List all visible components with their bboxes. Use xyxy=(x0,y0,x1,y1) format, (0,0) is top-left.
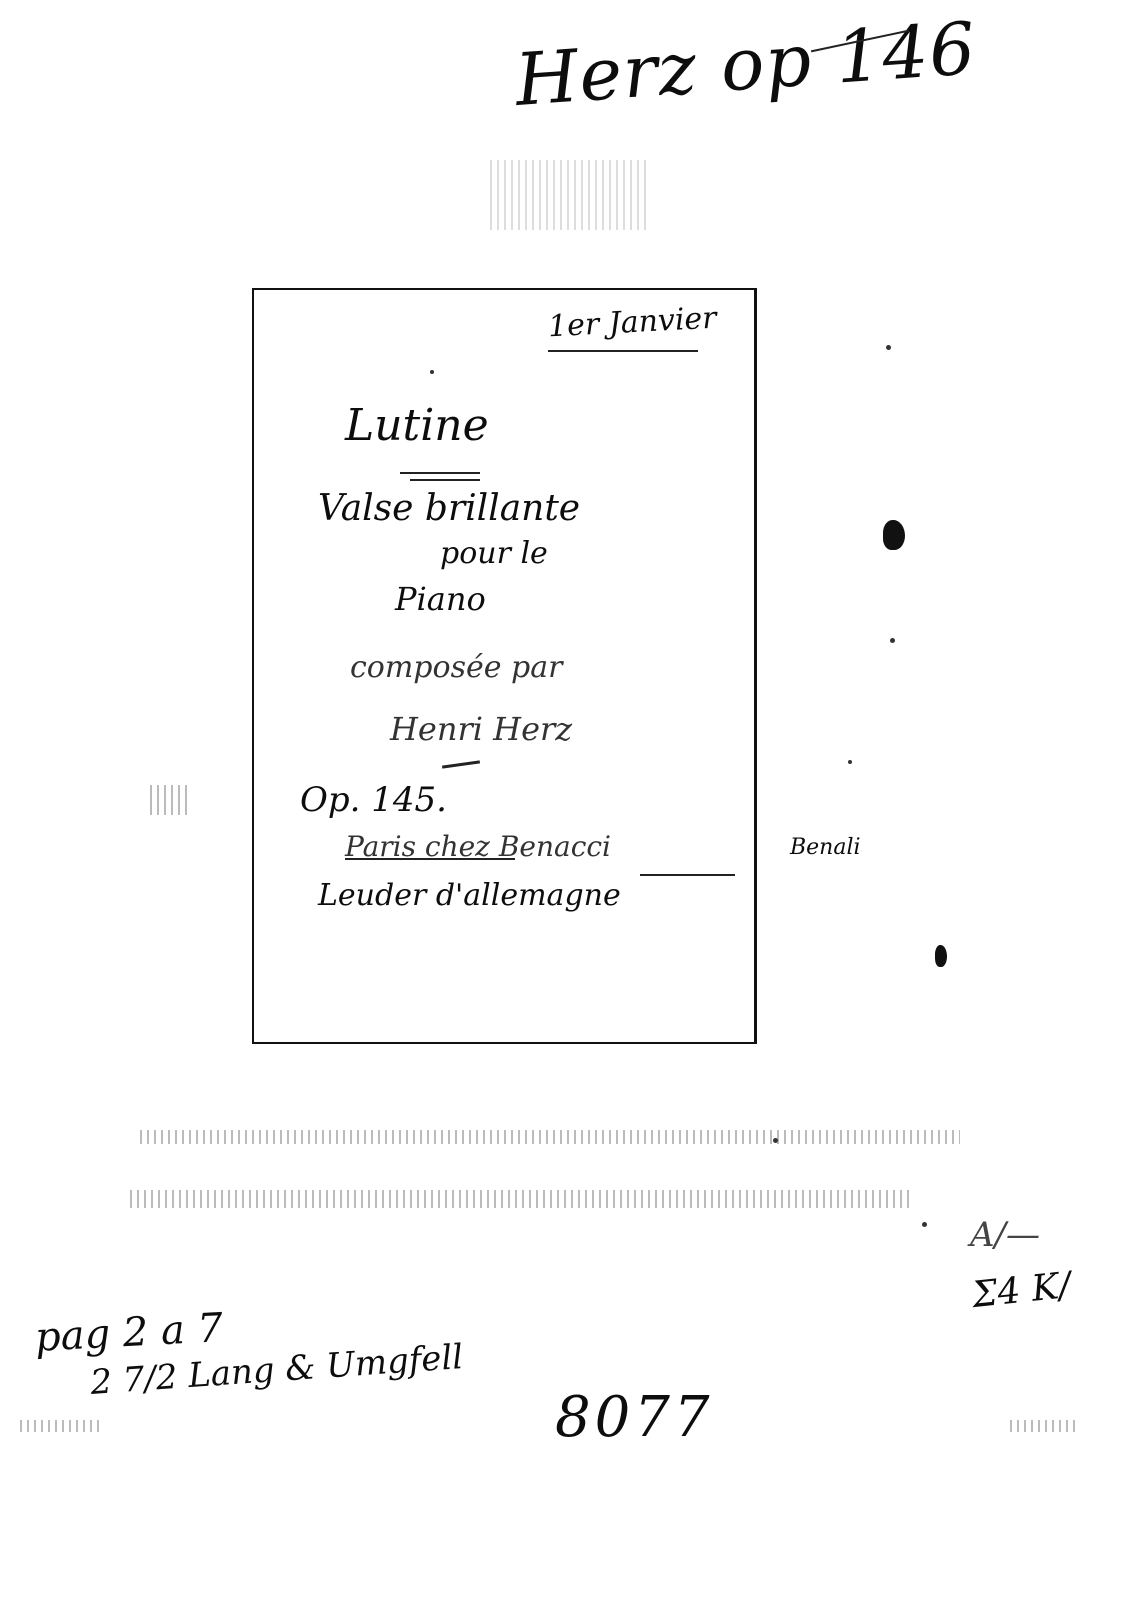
piece-title: Lutine xyxy=(345,400,489,451)
scan-smudge xyxy=(1010,1420,1075,1432)
speck xyxy=(848,760,852,764)
scan-smudge xyxy=(150,785,190,815)
title-underline-2 xyxy=(410,479,480,481)
header-annotation: Herz op 146 xyxy=(513,6,979,122)
speck xyxy=(430,370,434,374)
opus-number: Op. 145. xyxy=(300,780,447,820)
subtitle-line-instrument: Piano xyxy=(395,580,486,618)
scan-smudge xyxy=(490,160,650,230)
ink-blot xyxy=(883,520,905,550)
scan-smudge xyxy=(20,1420,100,1432)
margin-scribble: A/— xyxy=(970,1215,1040,1255)
subtitle-line-genre: Valse brillante xyxy=(318,488,580,529)
subtitle-line-composed-by: composée par xyxy=(350,650,562,685)
subtitle-line-pour: pour le xyxy=(440,536,548,571)
catalog-number: 8077 xyxy=(555,1385,714,1450)
margin-note-bottom-right: Σ4 K/ xyxy=(970,1265,1073,1316)
pages-note: pag 2 a 7 xyxy=(34,1305,224,1361)
speck xyxy=(922,1222,927,1227)
scan-smudge xyxy=(130,1190,910,1208)
speck xyxy=(886,345,891,350)
title-underline-1 xyxy=(400,472,480,474)
speck xyxy=(890,638,895,643)
publisher-strikethrough xyxy=(345,858,515,860)
ink-blot xyxy=(935,945,947,967)
margin-note-benali: Benali xyxy=(790,835,861,860)
composer-name: Henri Herz xyxy=(390,710,572,748)
scan-smudge xyxy=(140,1130,960,1144)
publisher-underline xyxy=(640,874,735,876)
date-underline xyxy=(548,350,698,352)
publisher-line-2: Leuder d'allemagne xyxy=(318,878,621,913)
